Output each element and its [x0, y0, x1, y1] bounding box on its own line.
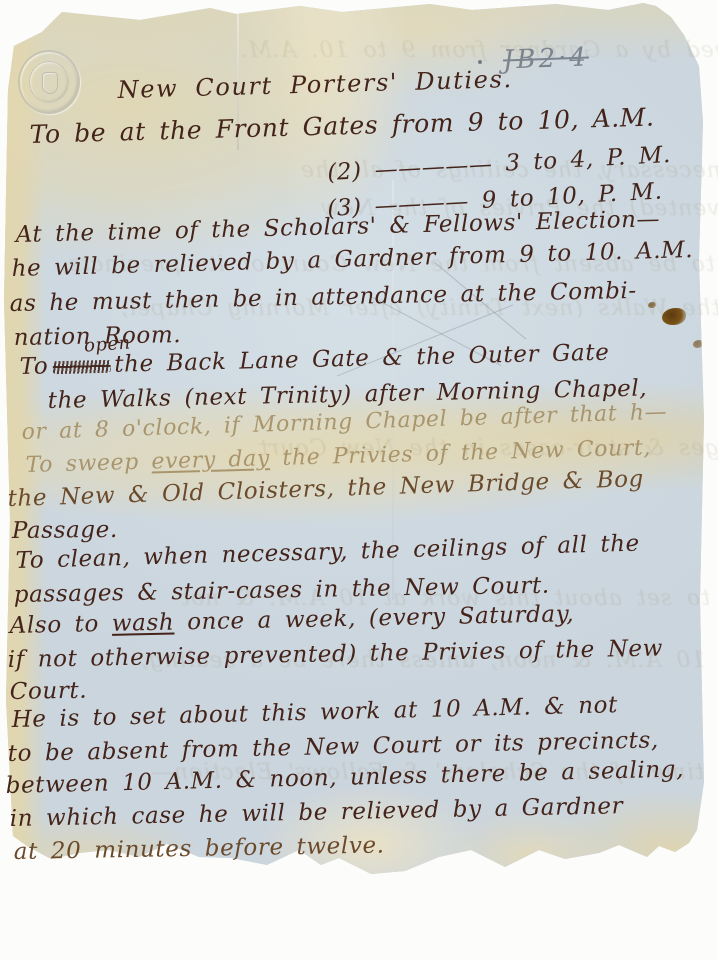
ink-blot-stain — [693, 340, 703, 348]
embossed-stationer-stamp-icon — [18, 50, 80, 114]
ink-blot-stain — [662, 308, 686, 325]
underlined-word: every day — [151, 446, 270, 474]
underlined-word: wash — [112, 610, 175, 637]
line-text: To — [19, 353, 48, 380]
manuscript-line: Court. — [10, 680, 88, 704]
archive-reference: JB2·4 — [503, 43, 590, 76]
stamp-crest — [42, 72, 58, 94]
scanned-document: he will be relieved by a Gardner from 9 … — [0, 0, 718, 960]
line-text: Also to — [9, 611, 112, 639]
line-text: To sweep — [25, 449, 151, 478]
struck-out-word — [52, 359, 110, 373]
manuscript-line: Passage. — [12, 519, 118, 543]
pencil-dot — [478, 60, 482, 64]
ink-blot-stain — [648, 302, 656, 308]
